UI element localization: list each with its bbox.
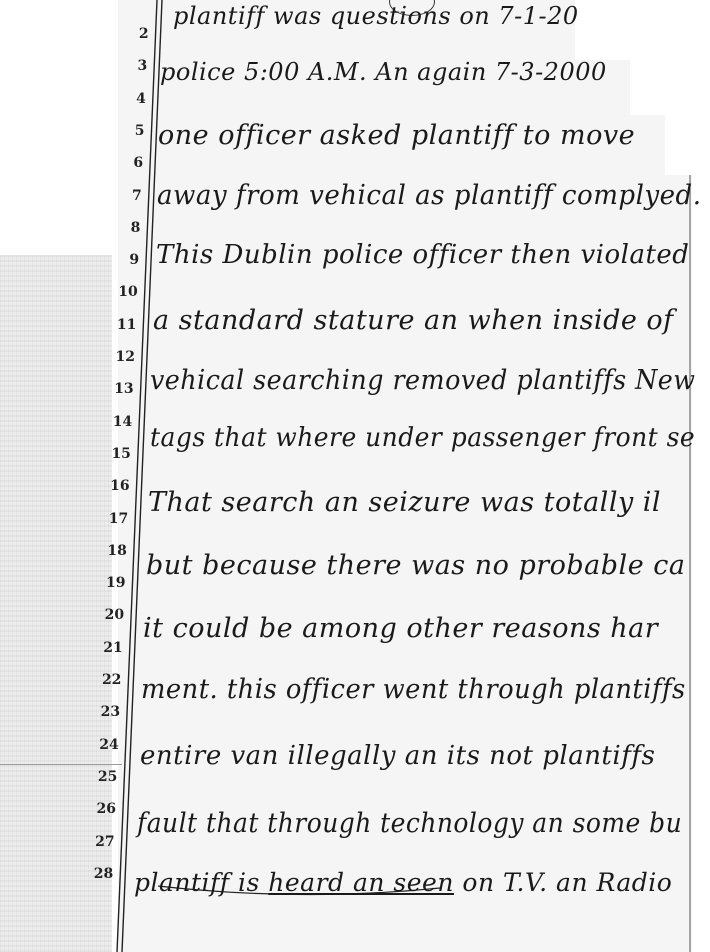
line-number: 16 (100, 478, 130, 494)
left-horizontal-rule (0, 764, 122, 765)
line-number: 11 (106, 317, 136, 333)
line-number: 6 (113, 155, 143, 171)
line-number: 10 (108, 284, 138, 300)
page-edge-white (575, 0, 710, 60)
line-number: 14 (102, 414, 132, 430)
handwritten-line: but because there was no probable ca (146, 550, 685, 581)
line-number: 4 (116, 91, 146, 107)
handwritten-line: one officer asked plantiff to move (158, 120, 635, 151)
text-segment: plantiff is (134, 868, 268, 897)
handwritten-line: plantiff is heard an seen on T.V. an Rad… (134, 868, 672, 897)
line-number: 26 (86, 801, 116, 817)
line-number: 13 (104, 381, 134, 397)
line-number: 18 (97, 543, 127, 559)
line-number: 19 (96, 575, 126, 591)
handwritten-line: entire van illegally an its not plantiff… (140, 741, 655, 771)
text-segment: on T.V. an Radio (454, 868, 672, 897)
underlined-phrase: heard an seen (268, 868, 454, 897)
line-number: 7 (112, 188, 142, 204)
line-number: 21 (93, 640, 123, 656)
line-number: 17 (98, 511, 128, 527)
line-number: 5 (115, 123, 145, 139)
handwritten-line: This Dublin police officer then violated (156, 240, 689, 270)
line-number: 23 (90, 704, 120, 720)
handwritten-line: away from vehical as plantiff complyed. (157, 180, 702, 211)
handwritten-line: ment. this officer went through plantiff… (141, 674, 686, 705)
line-number: 3 (117, 58, 147, 74)
page-edge-white (630, 60, 710, 115)
line-number: 28 (83, 866, 113, 882)
line-number: 22 (91, 672, 121, 688)
handwritten-line: a standard stature an when inside of (153, 305, 674, 336)
line-number: 20 (94, 607, 124, 623)
page-edge-white (665, 115, 710, 175)
handwritten-line: tags that where under passenger front se (150, 423, 695, 453)
handwritten-line: fault that through technology an some bu (137, 808, 682, 839)
line-number: 12 (105, 349, 135, 365)
line-number: 15 (101, 446, 131, 462)
handwritten-line: plantiff was questions on 7-1-20 (173, 2, 579, 30)
line-number: 24 (89, 737, 119, 753)
line-number: 9 (109, 252, 139, 268)
line-number: 25 (87, 769, 117, 785)
handwritten-line: it could be among other reasons har (143, 613, 658, 644)
handwritten-line: police 5:00 A.M. An again 7-3-2000 (160, 58, 607, 86)
line-number: 27 (85, 834, 115, 850)
handwritten-line: That search an seizure was totally il (148, 487, 661, 518)
line-number: 8 (110, 220, 140, 236)
page-right-margin (692, 175, 710, 952)
line-number: 2 (119, 26, 149, 42)
handwritten-line: vehical searching removed plantiffs New (150, 365, 695, 396)
